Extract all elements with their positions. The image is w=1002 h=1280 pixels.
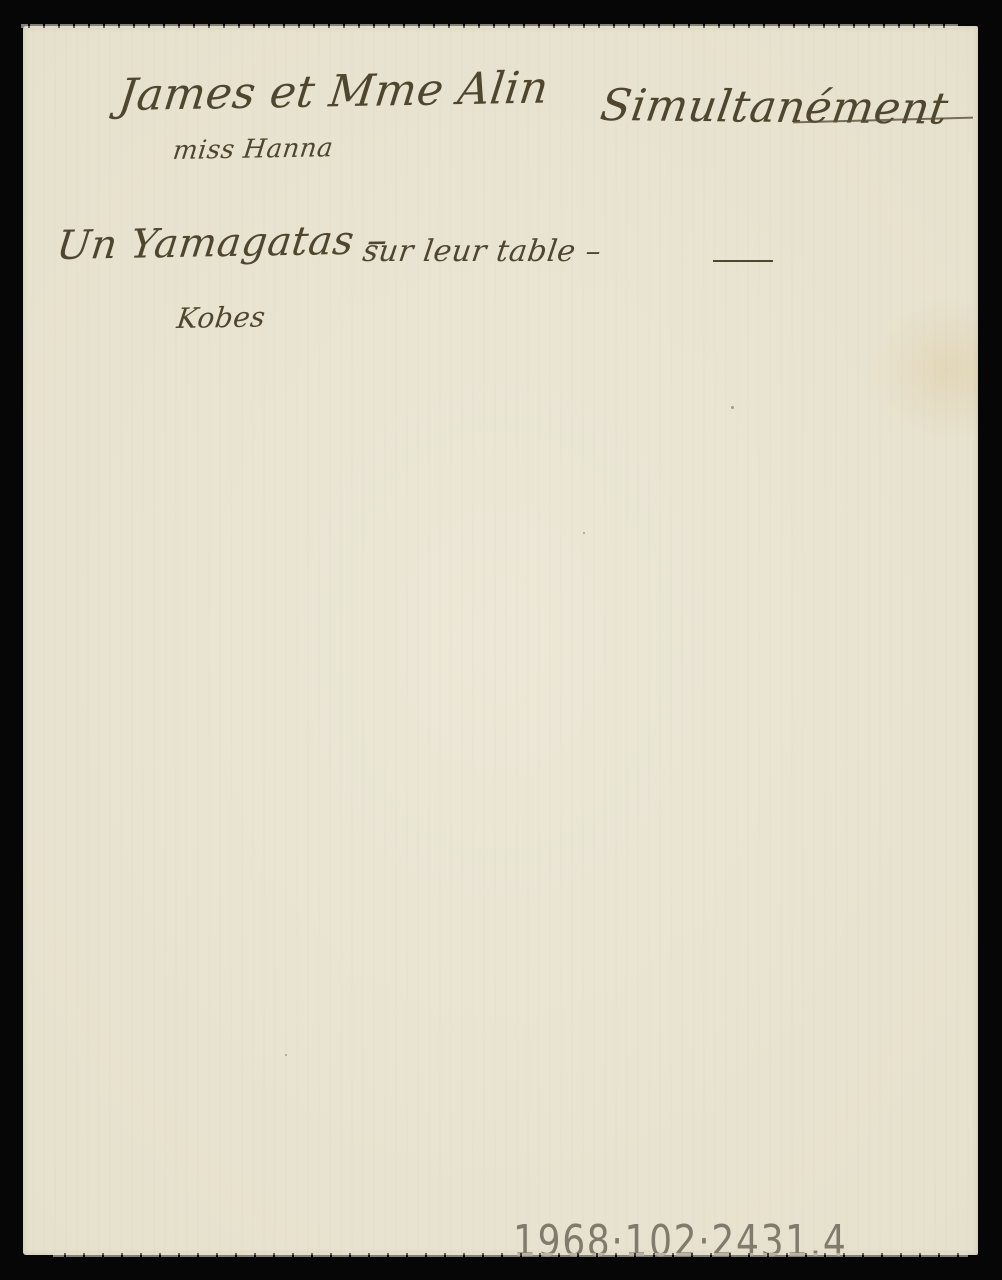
accession-number: 1968·102·2431.4 xyxy=(513,1216,847,1267)
handwritten-line-yamagatas: Un Yamagatas – xyxy=(54,217,390,269)
handwritten-line-simultanement: Simultanément xyxy=(597,80,952,135)
handwritten-line-james: James et Mme Alin xyxy=(116,62,552,121)
handwritten-line-sur-leur-table: sur leur table – xyxy=(361,234,604,269)
handwritten-line-miss-hanna: miss Hanna xyxy=(171,133,335,166)
handwritten-line-kobes: Kobes xyxy=(175,300,267,335)
paper-speck xyxy=(731,406,734,409)
paper-speck xyxy=(285,1054,287,1056)
paper-speck xyxy=(583,532,585,534)
dash-mark xyxy=(713,260,773,262)
paper-sheet: James et Mme Alin Simultanément miss Han… xyxy=(23,26,978,1255)
